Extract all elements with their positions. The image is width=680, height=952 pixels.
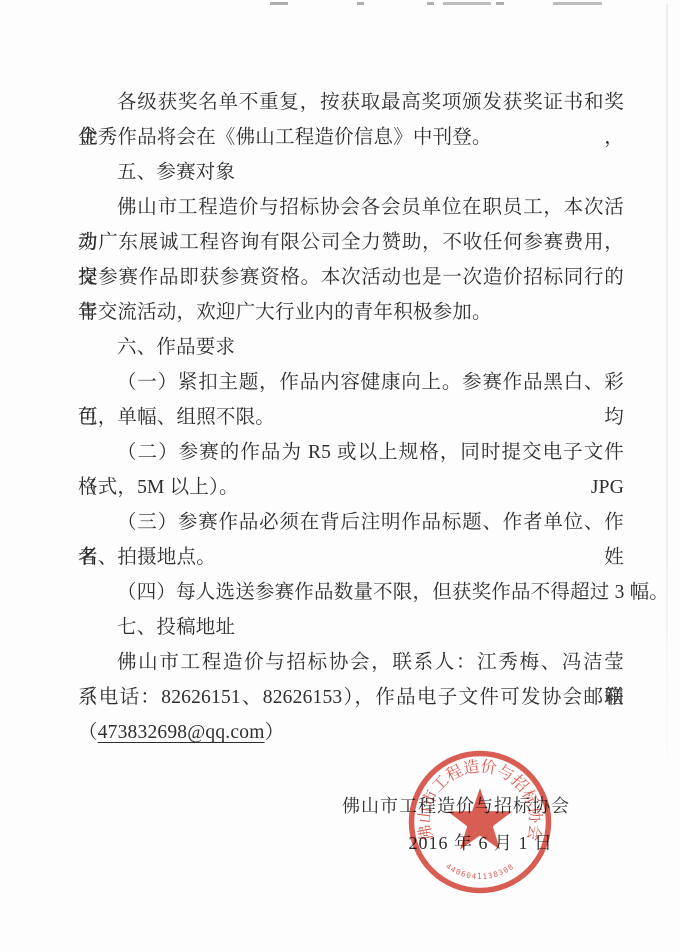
section-heading-7: 七、投稿地址 xyxy=(78,610,624,645)
official-seal: 佛山市工程造价与招标协会 4406041138308 xyxy=(405,747,555,897)
scan-artifact-edge-line xyxy=(666,4,668,794)
email-address: 473832698@qq.com xyxy=(98,722,265,743)
doc-line: （二）参赛的作品为 R5 或以上规格，同时提交电子文件（JPG xyxy=(78,435,624,470)
paren-close: ） xyxy=(265,722,285,743)
star-icon xyxy=(448,788,513,850)
section-heading-6: 六、作品要求 xyxy=(78,330,624,365)
doc-line: 交参赛作品即获参赛资格。本次活动也是一次造价招标同行的青 xyxy=(78,260,624,295)
svg-text:4406041138308: 4406041138308 xyxy=(444,862,516,881)
seal-code: 4406041138308 xyxy=(444,862,516,881)
email-line: （473832698@qq.com） xyxy=(78,715,624,750)
doc-line: 为广东展诚工程咨询有限公司全力赞助，不收任何参赛费用，提 xyxy=(78,225,624,260)
doc-line: 系电话：82626151、82626153），作品电子文件可发协会邮箱 xyxy=(78,680,624,715)
doc-line: （一）紧扣主题，作品内容健康向上。参赛作品黑白、彩色均 xyxy=(78,365,624,400)
scanned-document-page: 各级获奖名单不重复，按获取最高奖项颁发获奖证书和奖金， 优秀作品将会在《佛山工程… xyxy=(0,0,680,952)
document-body: 各级获奖名单不重复，按获取最高奖项颁发获奖证书和奖金， 优秀作品将会在《佛山工程… xyxy=(78,85,624,750)
doc-line: 各级获奖名单不重复，按获取最高奖项颁发获奖证书和奖金， xyxy=(78,85,624,120)
paren-open: （ xyxy=(78,722,98,743)
doc-line: （三）参赛作品必须在背后注明作品标题、作者单位、作者姓 xyxy=(78,505,624,540)
section-heading-5: 五、参赛对象 xyxy=(78,155,624,190)
scan-artifact-dashes xyxy=(0,1,680,5)
doc-line: （四）每人选送参赛作品数量不限，但获奖作品不得超过 3 幅。 xyxy=(78,575,624,610)
doc-line: 佛山市工程造价与招标协会，联系人：江秀梅、冯洁莹（联 xyxy=(78,645,624,680)
doc-line: 佛山市工程造价与招标协会各会员单位在职员工，本次活动 xyxy=(78,190,624,225)
doc-line: 年交流活动，欢迎广大行业内的青年积极参加。 xyxy=(78,295,624,330)
